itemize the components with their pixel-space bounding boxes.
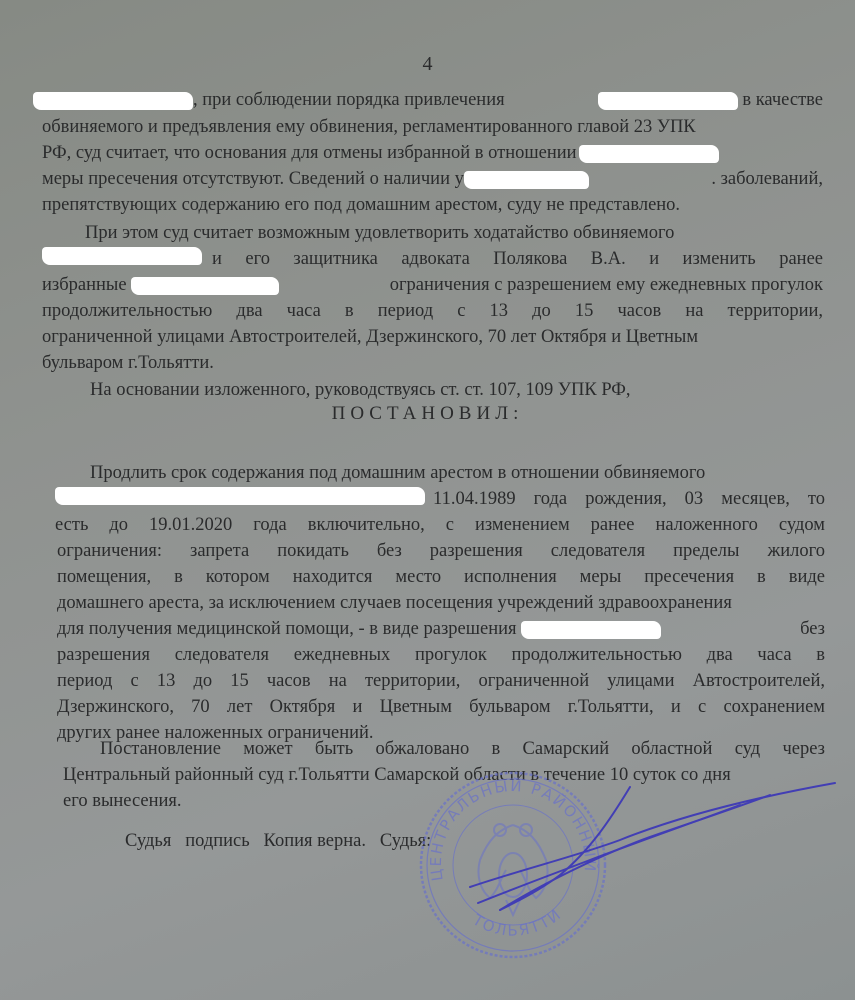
paragraph-1-line-3: РФ, суд считает, что основания для отмен…: [42, 141, 719, 165]
redaction: [579, 145, 719, 163]
redaction: [131, 277, 279, 295]
paragraph-4-line-1: Продлить срок содержания под домашним ар…: [90, 461, 823, 485]
paragraph-2-line-5: ограниченной улицами Автостроителей, Дзе…: [42, 325, 823, 349]
page-number: 4: [0, 53, 855, 76]
ruling-heading: ПОСТАНОВИЛ:: [0, 403, 855, 425]
handwritten-signature-icon: [440, 775, 840, 925]
paragraph-4-line-8: разрешения следователя ежедневных прогул…: [57, 643, 825, 667]
paragraph-4-line-6: домашнего ареста, за исключением случаев…: [57, 591, 825, 615]
paragraph-3: На основании изложенного, руководствуясь…: [90, 378, 631, 402]
paragraph-4-line-10: Дзержинского, 70 лет Октября и Цветным б…: [57, 695, 825, 719]
paragraph-2-line-2: и его защитника адвоката Полякова В.А. и…: [42, 247, 823, 271]
paragraph-4-line-2: 11.04.1989 года рождения, 03 месяцев, то: [55, 487, 825, 511]
paragraph-2-line-1: При этом суд считает возможным удовлетво…: [85, 221, 823, 245]
redaction: [42, 247, 202, 265]
redaction: [598, 92, 738, 110]
paragraph-4-line-7: для получения медицинской помощи, - в ви…: [57, 617, 825, 641]
paragraph-1-line-1: , при соблюдении порядка привлечения в к…: [33, 88, 823, 112]
redaction: [55, 487, 425, 505]
redaction: [521, 621, 661, 639]
redaction: [33, 92, 193, 110]
paragraph-2-line-6: бульваром г.Тольятти.: [42, 351, 214, 375]
paragraph-4-line-4: ограничения: запрета покидать без разреш…: [57, 539, 825, 563]
paragraph-2-line-3: избранные ограничения с разрешением ему …: [42, 273, 823, 297]
paragraph-4-line-3: есть до 19.01.2020 года включительно, с …: [55, 513, 825, 537]
paragraph-1-line-5: препятствующих содержанию его под домашн…: [42, 193, 680, 217]
paragraph-1-line-4: меры пресечения отсутствуют. Сведений о …: [42, 167, 823, 191]
paragraph-1-line-2: обвиняемого и предъявления ему обвинения…: [42, 115, 823, 139]
paragraph-2-line-4: продолжительностью два часа в период с 1…: [42, 299, 823, 323]
paragraph-4-line-5: помещения, в котором находится место исп…: [57, 565, 825, 589]
paragraph-5-line-1: Постановление может быть обжаловано в Са…: [100, 737, 825, 761]
paragraph-5-line-3: его вынесения.: [63, 789, 182, 813]
paragraph-4-line-9: период с 13 до 15 часов на территории, о…: [57, 669, 825, 693]
signature-line: Судья подпись Копия верна. Судья:: [125, 829, 431, 853]
redaction: [464, 171, 589, 189]
